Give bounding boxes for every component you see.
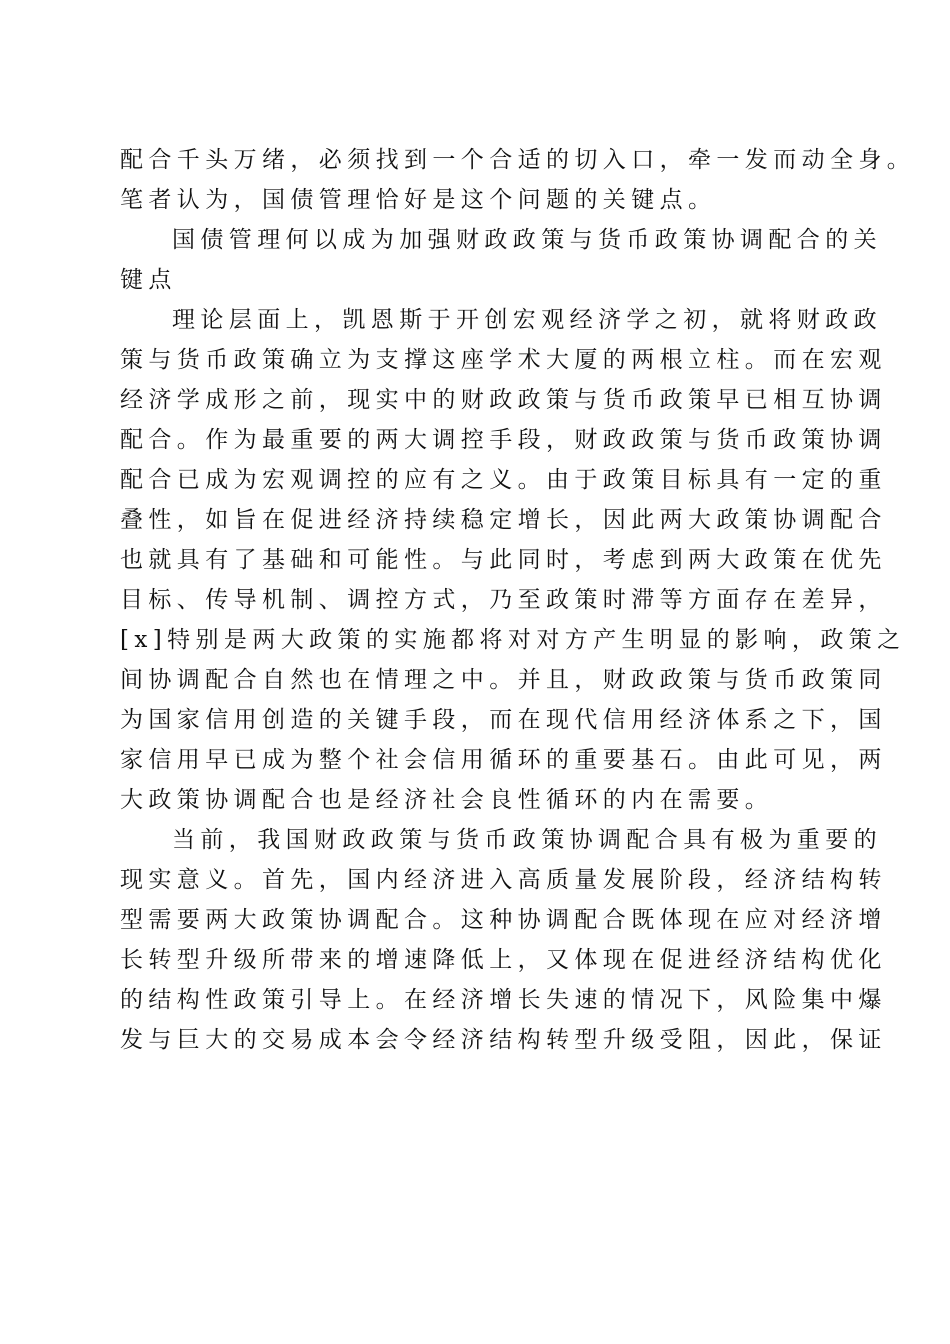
text-line: 型需要两大政策协调配合。这种协调配合既体现在应对经济增 — [120, 900, 832, 940]
paragraph-3: 当前，我国财政政策与货币政策协调配合具有极为重要的 现实意义。首先，国内经济进入… — [120, 820, 832, 1060]
text-line: [x]特别是两大政策的实施都将对对方产生明显的影响，政策之 — [120, 620, 832, 660]
text-line: 发与巨大的交易成本会令经济结构转型升级受阻，因此，保证 — [120, 1020, 832, 1060]
text-line: 目标、传导机制、调控方式，乃至政策时滞等方面存在差异， — [120, 580, 832, 620]
text-line: 叠性，如旨在促进经济持续稳定增长，因此两大政策协调配合 — [120, 500, 832, 540]
text-line: 为国家信用创造的关键手段，而在现代信用经济体系之下，国 — [120, 700, 832, 740]
text-line: 配合千头万绪，必须找到一个合适的切入口，牵一发而动全身。 — [120, 140, 832, 180]
text-line: 大政策协调配合也是经济社会良性循环的内在需要。 — [120, 780, 832, 820]
text-line: 经济学成形之前，现实中的财政政策与货币政策早已相互协调 — [120, 380, 832, 420]
text-line: 国债管理何以成为加强财政政策与货币政策协调配合的关 — [120, 220, 832, 260]
text-line: 配合已成为宏观调控的应有之义。由于政策目标具有一定的重 — [120, 460, 832, 500]
text-line: 笔者认为，国债管理恰好是这个问题的关键点。 — [120, 180, 832, 220]
text-line: 当前，我国财政政策与货币政策协调配合具有极为重要的 — [120, 820, 832, 860]
document-page: 配合千头万绪，必须找到一个合适的切入口，牵一发而动全身。 笔者认为，国债管理恰好… — [120, 140, 832, 1060]
text-line: 的结构性政策引导上。在经济增长失速的情况下，风险集中爆 — [120, 980, 832, 1020]
text-line: 现实意义。首先，国内经济进入高质量发展阶段，经济结构转 — [120, 860, 832, 900]
section-heading: 国债管理何以成为加强财政政策与货币政策协调配合的关 键点 — [120, 220, 832, 300]
paragraph-1: 配合千头万绪，必须找到一个合适的切入口，牵一发而动全身。 笔者认为，国债管理恰好… — [120, 140, 832, 220]
text-line: 家信用早已成为整个社会信用循环的重要基石。由此可见，两 — [120, 740, 832, 780]
text-line: 理论层面上，凯恩斯于开创宏观经济学之初，就将财政政 — [120, 300, 832, 340]
text-line: 也就具有了基础和可能性。与此同时，考虑到两大政策在优先 — [120, 540, 832, 580]
text-line: 策与货币政策确立为支撑这座学术大厦的两根立柱。而在宏观 — [120, 340, 832, 380]
text-line: 配合。作为最重要的两大调控手段，财政政策与货币政策协调 — [120, 420, 832, 460]
paragraph-2: 理论层面上，凯恩斯于开创宏观经济学之初，就将财政政 策与货币政策确立为支撑这座学… — [120, 300, 832, 820]
text-line: 键点 — [120, 260, 832, 300]
text-line: 间协调配合自然也在情理之中。并且，财政政策与货币政策同 — [120, 660, 832, 700]
text-line: 长转型升级所带来的增速降低上，又体现在促进经济结构优化 — [120, 940, 832, 980]
